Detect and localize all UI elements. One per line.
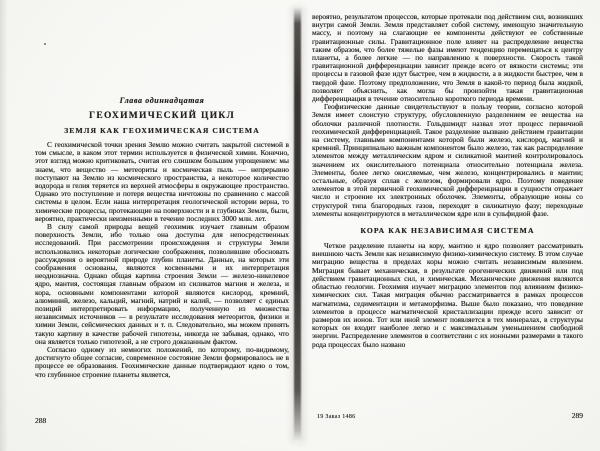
left-paragraph-2: В силу самой природы вещей геохимик изуч… — [35, 223, 289, 346]
page-number-right: 289 — [572, 411, 583, 420]
right-page: вероятно, результатом процессов, которые… — [312, 13, 583, 349]
book-scan: Глава одиннадцатая ГЕОХИМИЧЕСКИЙ ЦИКЛ ЗЕ… — [0, 0, 600, 451]
right-paragraph-2: Геофизические данные свидетельствуют в п… — [312, 103, 583, 218]
section-title-left: ЗЕМЛЯ КАК ГЕОХИМИЧЕСКАЯ СИСТЕМА — [35, 126, 289, 135]
left-paragraph-1: С геохимической точки зрения Землю можно… — [35, 141, 289, 223]
section-title-right: КОРА КАК НЕЗАВИСИМАЯ СИСТЕМА — [312, 226, 583, 235]
scan-edge-shade — [0, 0, 8, 451]
book-gutter-shadow — [294, 6, 301, 443]
print-order-note: 19 Заказ 1486 — [312, 414, 355, 420]
chapter-title: ГЕОХИМИЧЕСКИЙ ЦИКЛ — [35, 111, 289, 121]
right-paragraph-1: вероятно, результатом процессов, которые… — [312, 13, 583, 103]
page-number-left: 288 — [35, 416, 46, 425]
left-page: Глава одиннадцатая ГЕОХИМИЧЕСКИЙ ЦИКЛ ЗЕ… — [35, 96, 289, 379]
scan-speck — [44, 43, 46, 45]
left-paragraph-3: Согласно одному из немногих положений, п… — [35, 346, 289, 379]
right-page-footer: 19 Заказ 1486 289 — [312, 411, 583, 420]
chapter-label: Глава одиннадцатая — [35, 96, 289, 105]
right-paragraph-3: Четкое разделение планеты на кору, манти… — [312, 242, 583, 349]
